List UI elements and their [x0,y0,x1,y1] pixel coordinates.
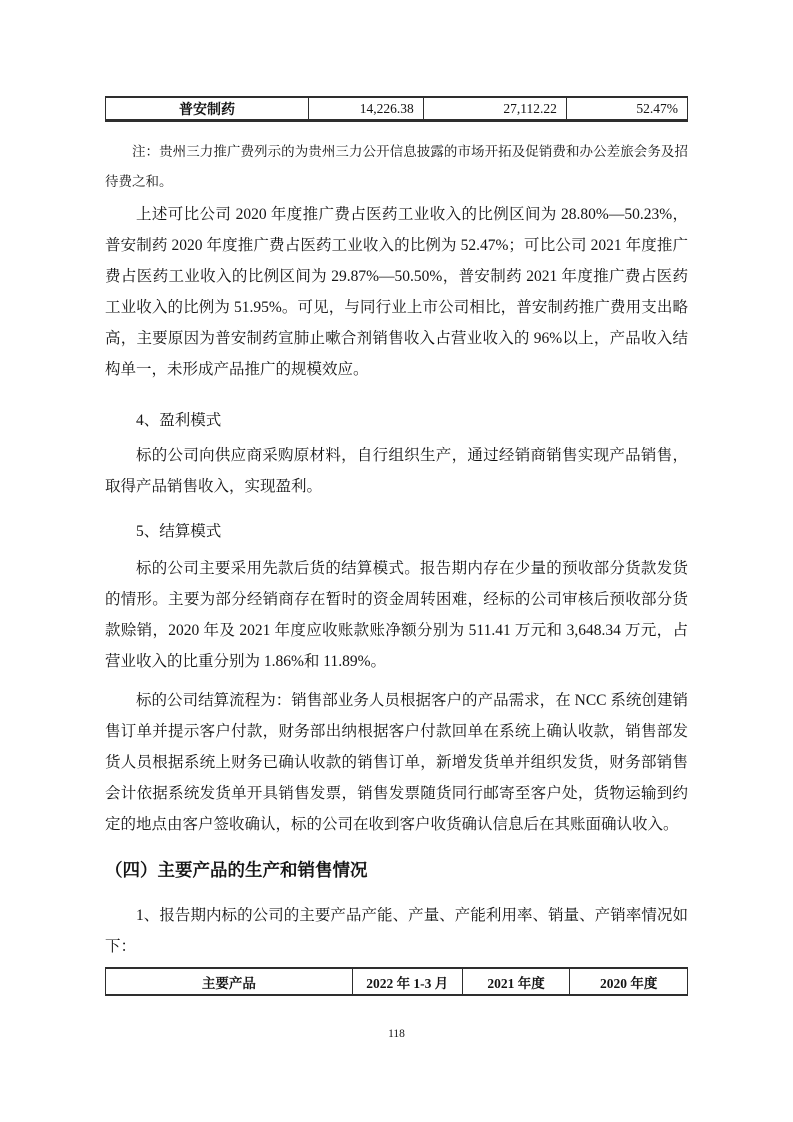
paragraph-settlement-overview: 标的公司主要采用先款后货的结算模式。报告期内存在少量的预收部分货款发货的情形。主… [105,553,688,677]
header-main-product: 主要产品 [106,968,353,995]
paragraph-capacity-intro: 1、报告期内标的公司的主要产品产能、产量、产能利用率、销量、产销率情况如下： [105,900,688,962]
revenue-value-cell: 27,112.22 [423,97,566,121]
promo-fee-value-cell: 14,226.38 [309,97,424,121]
heading-profit-model: 4、盈利模式 [105,405,688,436]
page-content: 普安制药 14,226.38 27,112.22 52.47% 注：贵州三力推广… [0,96,793,996]
table-header-row: 主要产品 2022 年 1-3 月 2021 年度 2020 年度 [106,968,688,995]
paragraph-settlement-process: 标的公司结算流程为：销售部业务人员根据客户的产品需求，在 NCC 系统创建销售订… [105,685,688,840]
heading-settlement-model: 5、结算模式 [105,516,688,547]
company-name-cell: 普安制药 [106,97,309,121]
capacity-table: 主要产品 2022 年 1-3 月 2021 年度 2020 年度 [105,967,688,996]
paragraph-profit-model: 标的公司向供应商采购原材料，自行组织生产，通过经销商销售实现产品销售，取得产品销… [105,440,688,502]
header-2021-year: 2021 年度 [462,968,570,995]
table-row: 普安制药 14,226.38 27,112.22 52.47% [106,97,688,121]
document-page: 普安制药 14,226.38 27,112.22 52.47% 注：贵州三力推广… [0,0,793,1122]
header-2022-jan-mar: 2022 年 1-3 月 [352,968,462,995]
paragraph-promo-ratio: 上述可比公司 2020 年度推广费占医药工业收入的比例区间为 28.80%—50… [105,199,688,385]
section-heading-production-sales: （四）主要产品的生产和销售情况 [105,856,688,884]
ratio-value-cell: 52.47% [566,97,687,121]
table-footnote: 注：贵州三力推广费列示的为贵州三力公开信息披露的市场开拓及促销费和办公差旅会务及… [105,137,688,197]
header-2020-year: 2020 年度 [570,968,688,995]
page-number: 118 [0,1028,793,1040]
promo-fee-comparison-table: 普安制药 14,226.38 27,112.22 52.47% [105,96,688,122]
